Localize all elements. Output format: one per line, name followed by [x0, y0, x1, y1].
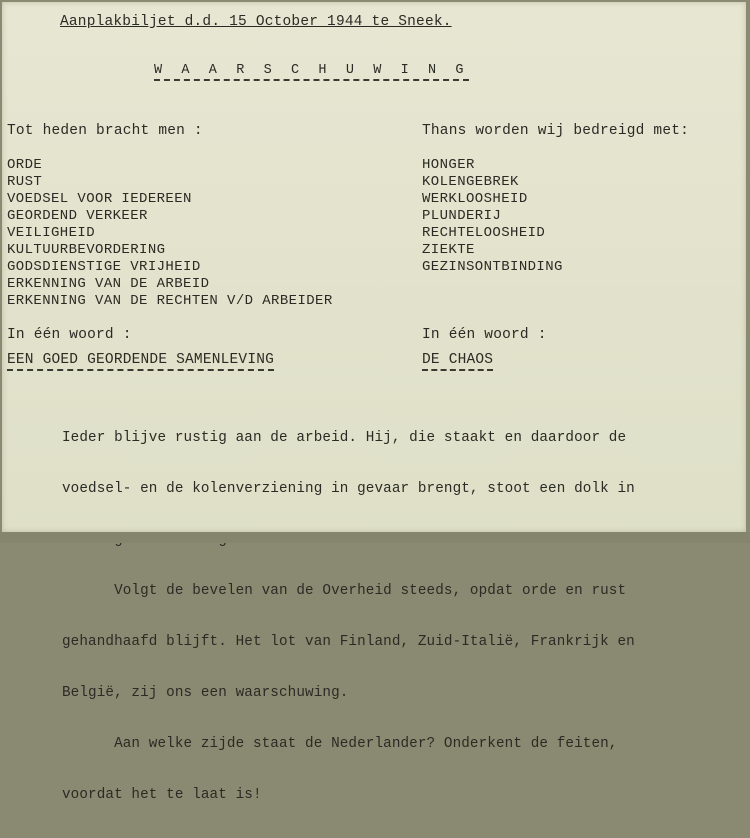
list-item: RECHTELOOSHEID	[422, 225, 563, 242]
left-summary-text: EEN GOED GEORDENDE SAMENLEVING	[7, 352, 274, 371]
list-item: ORDE	[7, 157, 333, 174]
body-line: voedsel- en de kolenverziening in gevaar…	[62, 481, 635, 498]
list-item: ERKENNING VAN DE ARBEID	[7, 276, 333, 293]
right-list: HONGER KOLENGEBREK WERKLOOSHEID PLUNDERI…	[422, 157, 563, 276]
list-item: ERKENNING VAN DE RECHTEN V/D ARBEIDER	[7, 293, 333, 310]
list-item: GEORDEND VERKEER	[7, 208, 333, 225]
list-item: ZIEKTE	[422, 242, 563, 259]
list-item: GEZINSONTBINDING	[422, 259, 563, 276]
list-item: KULTUURBEVORDERING	[7, 242, 333, 259]
list-item: KOLENGEBREK	[422, 174, 563, 191]
document-caption: Aanplakbiljet d.d. 15 October 1944 te Sn…	[60, 14, 452, 31]
list-item: WERKLOOSHEID	[422, 191, 563, 208]
list-item: VEILIGHEID	[7, 225, 333, 242]
poster-title: W A A R S C H U W I N G	[154, 62, 469, 79]
body-text: Ieder blijve rustig aan de arbeid. Hij, …	[62, 396, 635, 543]
left-summary: EEN GOED GEORDENDE SAMENLEVING	[7, 352, 274, 369]
body-line: Ieder blijve rustig aan de arbeid. Hij, …	[62, 430, 635, 447]
right-summary: DE CHAOS	[422, 352, 493, 369]
list-item: GODSDIENSTIGE VRIJHEID	[7, 259, 333, 276]
list-item: PLUNDERIJ	[422, 208, 563, 225]
left-list: ORDE RUST VOEDSEL VOOR IEDEREEN GEORDEND…	[7, 157, 333, 310]
right-heading: Thans worden wij bedreigd met:	[422, 123, 689, 140]
poster-paper: Aanplakbiljet d.d. 15 October 1944 te Sn…	[2, 2, 746, 532]
right-summary-label: In één woord :	[422, 327, 547, 344]
poster-title-text: W A A R S C H U W I N G	[154, 63, 469, 81]
left-summary-label: In één woord :	[7, 327, 132, 344]
list-item: RUST	[7, 174, 333, 191]
list-item: HONGER	[422, 157, 563, 174]
list-item: VOEDSEL VOOR IEDEREEN	[7, 191, 333, 208]
right-summary-text: DE CHAOS	[422, 352, 493, 371]
left-heading: Tot heden bracht men :	[7, 123, 203, 140]
scan-border	[0, 532, 750, 543]
